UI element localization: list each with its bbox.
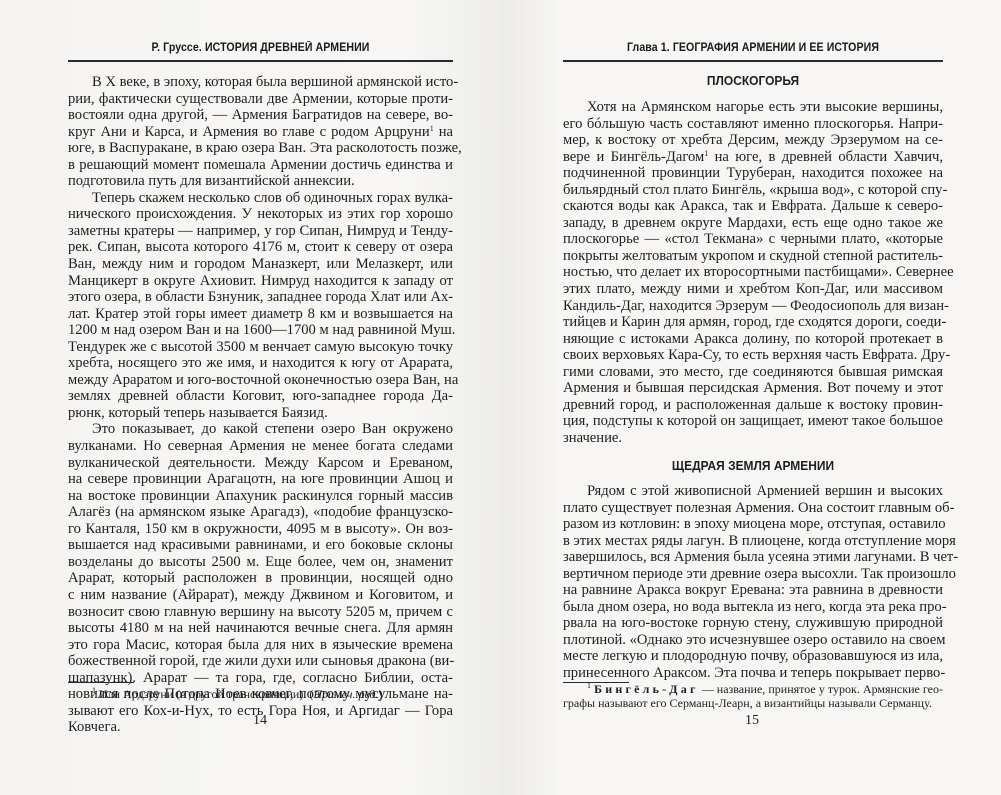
- text-line: заметны кратеры — например, у гор Сипан,…: [68, 223, 453, 240]
- text-line: Хотя на Армянском нагорье есть эти высок…: [563, 99, 943, 116]
- text-line: Ван, между ним и городом Маназкерт, или …: [68, 256, 453, 273]
- text-line: В X веке, в эпоху, которая была вершиной…: [68, 74, 453, 91]
- text-line: месте легкую и плодородную почву, образо…: [563, 648, 943, 665]
- footnote-marker: 1: [92, 686, 96, 695]
- running-head-right: Глава 1. ГЕОГРАФИЯ АРМЕНИИ И ЕЕ ИСТОРИЯ: [578, 42, 928, 54]
- footnote-rule-left: [68, 682, 134, 683]
- page-number-right: 15: [732, 713, 772, 729]
- section-title-fertile-land: ЩЕДРАЯ ЗЕМЛЯ АРМЕНИИ: [578, 458, 928, 473]
- text-line: возделаны до высоты 2500 м. Еще более, ч…: [68, 554, 453, 571]
- text-line: плотиной. «Однако это исчезнувшее озеро …: [563, 632, 943, 649]
- text-line: Рядом с этой живописной Арменией вершин …: [563, 483, 943, 500]
- text-line: рек. Сипан, высота которого 4176 м, стои…: [68, 239, 453, 256]
- text-line: на равнине Аракса вокруг Еревана: эта ра…: [563, 582, 943, 599]
- text-line: на востоке провинции Апахуник раскинулся…: [68, 488, 453, 505]
- text-line: 1200 м над озером Ван и на 1600—1700 м н…: [68, 322, 453, 339]
- text-line: мер, к востоку от хребта Дерсим, между Э…: [563, 132, 943, 149]
- text-line: между Араратом и юго-восточной оконечнос…: [68, 372, 453, 389]
- book-spread: Р. Груссе. ИСТОРИЯ ДРЕВНЕЙ АРМЕНИИ В X в…: [0, 0, 1001, 795]
- footnote-term: Бингёль-Даг: [594, 682, 699, 696]
- footnote-left: 1 Или Ардзруни (в другой транскрипции). …: [68, 688, 453, 702]
- text-line: землях древней области Коговит, юго-запа…: [68, 388, 453, 405]
- text-line: плоскогорье — «стол Текмана» с черными п…: [563, 231, 943, 248]
- text-line: вертичном периоде эти древние озера высо…: [563, 566, 943, 583]
- text-line: это гора Масис, которая была для них в я…: [68, 637, 453, 654]
- text-line: хребта, носящего это же имя, и находится…: [68, 355, 453, 372]
- footnote-text: Или Ардзруни (в другой транскрипции). (: [99, 687, 313, 701]
- left-body-text: В X веке, в эпоху, которая была вершиной…: [68, 74, 453, 736]
- running-head-left: Р. Груссе. ИСТОРИЯ ДРЕВНЕЙ АРМЕНИИ: [83, 42, 437, 54]
- text-line: Арарат, который расположен в провинции, …: [68, 570, 453, 587]
- text-line: Теперь скажем несколько слов об одиночны…: [68, 190, 453, 207]
- text-line: древний город, и расположенная дальше к …: [563, 397, 943, 414]
- text-line: своих верховьях Кара-Су, то есть верхняя…: [563, 347, 943, 364]
- text-line: го Канталя, 150 км в окружности, 4095 м …: [68, 521, 453, 538]
- text-line: Армения и бывшая персидская Армения. Вот…: [563, 380, 943, 397]
- text-line: ностью, что делает их второсортными паст…: [563, 264, 943, 281]
- text-line: ция, подступы к которой он защищает, име…: [563, 413, 943, 430]
- text-line: на севере провинции Арагацотн, на юге пр…: [68, 471, 453, 488]
- text-line: гими словами, это место, где соединяются…: [563, 364, 943, 381]
- text-line: разом из котловин: в эпоху миоцена море,…: [563, 516, 943, 533]
- text-line: этого озера, в области Бзнуник, западнее…: [68, 289, 453, 306]
- text-line: этих плато, между ними и хребтом Коп-Даг…: [563, 281, 943, 298]
- text-line: Алагёз (на армянском языке Арагадз), «по…: [68, 504, 453, 521]
- text-line: вышается над красивыми равнинами, и его …: [68, 537, 453, 554]
- footnote-marker: 1: [587, 681, 591, 690]
- text-line: с ним название (Айрарат), между Джвином …: [68, 587, 453, 604]
- section-title-plateaus: ПЛОСКОГОРЬЯ: [578, 73, 928, 88]
- text-line: была дном озера, но вода вытекла из него…: [563, 599, 943, 616]
- text-line: востояли одна другой, — Армения Багратид…: [68, 107, 453, 124]
- footnote-line-2: графы называют его Серманц-Леарн, а виза…: [563, 697, 943, 711]
- text-line: няющие с истоками Аракса долину, по кото…: [563, 331, 943, 348]
- text-line: высоты 4180 м на ней начинаются вечные с…: [68, 620, 453, 637]
- text-line: западу, в древнем округе Мардахи, есть е…: [563, 215, 943, 232]
- section-plateaus-text: Хотя на Армянском нагорье есть эти высок…: [563, 99, 943, 446]
- text-line: Кандиль-Даг, находится Эрзерум — Феодоси…: [563, 298, 943, 315]
- left-page: Р. Груссе. ИСТОРИЯ ДРЕВНЕЙ АРМЕНИИ В X в…: [0, 0, 500, 795]
- footnote-right: 1 Бингёль-Даг — название, принятое у тур…: [563, 683, 943, 710]
- text-line: значение.: [563, 430, 943, 447]
- text-line: вулканической деятельности. Между Карсом…: [68, 455, 453, 472]
- text-line: в этих местах ряды лагун. В плиоцене, ко…: [563, 533, 943, 550]
- text-line: плато существует полезная Армения. Она с…: [563, 500, 943, 517]
- text-line: покрыты желтоватым укропом и скудной сте…: [563, 248, 943, 265]
- text-line: его бóльшую часть составляют именно плос…: [563, 116, 943, 133]
- text-line: возносит свою главную вершину на высоту …: [68, 604, 453, 621]
- text-line: Тендурек же с высотой 3500 м венчает сам…: [68, 339, 453, 356]
- section-fertile-land-text: Рядом с этой живописной Арменией вершин …: [563, 483, 943, 682]
- text-line: вере и Бингёль-Дагом1 на юге, в древней …: [563, 149, 943, 166]
- text-line: шапазунк). Арарат — та гора, где, соглас…: [68, 670, 453, 687]
- text-line: подчиненной провинции Туруберан, находит…: [563, 165, 943, 182]
- text-line: вулканами. Но северная Армения не менее …: [68, 438, 453, 455]
- text-line: Это показывает, до какой степени озеро В…: [68, 421, 453, 438]
- text-line: в решающий момент помешала Армении дости…: [68, 157, 453, 174]
- text-line: юге, в Васпуракане, в краю озера Ван. Эт…: [68, 140, 453, 157]
- text-line: нического происхождения. У некоторых из …: [68, 206, 453, 223]
- right-page: Глава 1. ГЕОГРАФИЯ АРМЕНИИ И ЕЕ ИСТОРИЯ …: [500, 0, 1001, 795]
- footnote-editor-note: Примеч. ред.: [313, 687, 378, 701]
- text-line: скаются воды как Аракса, так и Евфрата. …: [563, 198, 943, 215]
- text-line: подготовила путь для византийской аннекс…: [68, 173, 453, 190]
- header-rule-left: [68, 60, 453, 62]
- text-line: тийцев и Карин для армян, город, где схо…: [563, 314, 943, 331]
- text-line: божественной горой, где жили духи или сы…: [68, 653, 453, 670]
- page-number-left: 14: [240, 713, 280, 729]
- text-line: рюнк, который теперь называется Баязид.: [68, 405, 453, 422]
- text-line: Манцикерт в округе Ахиовит. Нимруд наход…: [68, 273, 453, 290]
- text-line: бильярдный стол плато Бингёль, «крыша во…: [563, 182, 943, 199]
- text-line: принесенного Араксом. Эта почва и теперь…: [563, 665, 943, 682]
- text-line: завершилось, вся Армения была усеяна эти…: [563, 549, 943, 566]
- text-line: лат. Кратер этой горы имеет диаметр 8 км…: [68, 306, 453, 323]
- text-line: круг Ани и Карса, и Армения во главе с р…: [68, 124, 453, 141]
- text-line: рвала на юго-востоке горную стену, служи…: [563, 615, 943, 632]
- text-line: рии, фактически существовали две Армении…: [68, 91, 453, 108]
- header-rule-right: [563, 60, 943, 62]
